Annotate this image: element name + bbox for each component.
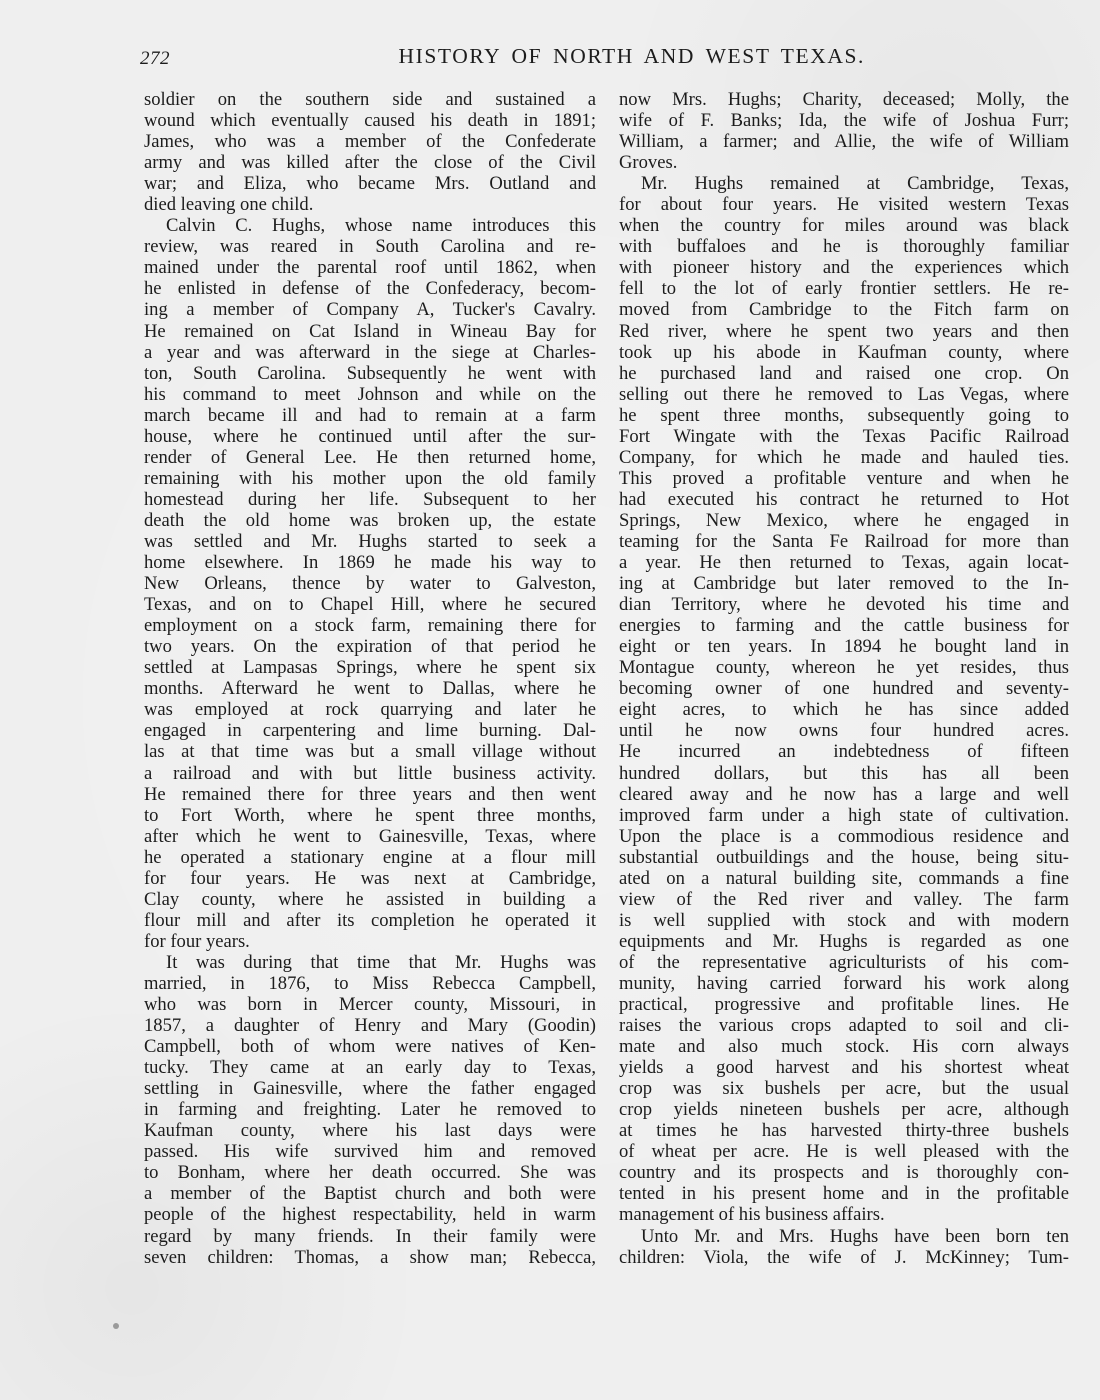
text-line: fell to the lot of early frontier settle…	[619, 278, 1069, 299]
text-line: children: Viola, the wife of J. McKinney…	[619, 1247, 1069, 1268]
text-line: army and was killed after the close of t…	[144, 152, 596, 173]
text-line: ing at Cambridge but later removed to th…	[619, 573, 1069, 594]
text-line: Montague county, whereon he yet resides,…	[619, 657, 1069, 678]
text-line: He remained on Cat Island in Wineau Bay …	[144, 321, 596, 342]
text-line: Fort Wingate with the Texas Pacific Rail…	[619, 426, 1069, 447]
text-line: He remained there for three years and th…	[144, 784, 596, 805]
text-line: a member of the Baptist church and both …	[144, 1183, 596, 1204]
running-head: 272 HISTORY OF NORTH AND WEST TEXAS.	[140, 44, 865, 74]
text-line: cleared away and he now has a large and …	[619, 784, 1069, 805]
text-line: months. Afterward he went to Dallas, whe…	[144, 678, 596, 699]
text-line: raises the various crops adapted to soil…	[619, 1015, 1069, 1036]
text-line: mate and also much stock. His corn alway…	[619, 1036, 1069, 1057]
text-line: improved farm under a high state of cult…	[619, 805, 1069, 826]
text-line: substantial outbuildings and the house, …	[619, 847, 1069, 868]
text-line: wife of F. Banks; Ida, the wife of Joshu…	[619, 110, 1069, 131]
text-line: he enlisted in defense of the Confederac…	[144, 278, 596, 299]
page-number: 272	[140, 48, 170, 70]
text-line: homestead during her life. Subsequent to…	[144, 489, 596, 510]
paragraph: soldier on the southern side and sustain…	[144, 89, 596, 215]
text-line: he spent three months, subsequently goin…	[619, 405, 1069, 426]
text-line: to Bonham, where her death occurred. She…	[144, 1162, 596, 1183]
text-line: ated on a natural building site, command…	[619, 868, 1069, 889]
text-line: now Mrs. Hughs; Charity, deceased; Molly…	[619, 89, 1069, 110]
text-line: a year and was afterward in the siege at…	[144, 342, 596, 363]
text-line: for about four years. He visited western…	[619, 194, 1069, 215]
text-line: It was during that time that Mr. Hughs w…	[144, 952, 596, 973]
left-column: soldier on the southern side and sustain…	[144, 89, 596, 1268]
text-line: energies to farming and the cattle busin…	[619, 615, 1069, 636]
text-line: of the representative agriculturists of …	[619, 952, 1069, 973]
text-line: his command to meet Johnson and while on…	[144, 384, 596, 405]
text-line: passed. His wife survived him and remove…	[144, 1141, 596, 1162]
text-line: married, in 1876, to Miss Rebecca Campbe…	[144, 973, 596, 994]
text-line: is well supplied with stock and with mod…	[619, 910, 1069, 931]
text-line: people of the highest respectability, he…	[144, 1204, 596, 1225]
text-line: render of General Lee. He then returned …	[144, 447, 596, 468]
text-line: review, was reared in South Carolina and…	[144, 236, 596, 257]
paragraph: It was during that time that Mr. Hughs w…	[144, 952, 596, 1268]
text-line: engaged in carpentering and lime burning…	[144, 720, 596, 741]
text-line: after which he went to Gainesville, Texa…	[144, 826, 596, 847]
text-line: was employed at rock quarrying and later…	[144, 699, 596, 720]
text-line: he purchased land and raised one crop. O…	[619, 363, 1069, 384]
text-line: flour mill and after its completion he o…	[144, 910, 596, 931]
text-line: tented in his present home and in the pr…	[619, 1183, 1069, 1204]
paragraph: Calvin C. Hughs, whose name introduces t…	[144, 215, 596, 952]
text-line: regard by many friends. In their family …	[144, 1226, 596, 1247]
text-line: wound which eventually caused his death …	[144, 110, 596, 131]
text-line: country and its prospects and is thoroug…	[619, 1162, 1069, 1183]
text-line: ing a member of Company A, Tucker's Cava…	[144, 299, 596, 320]
text-line: at times he has harvested thirty-three b…	[619, 1120, 1069, 1141]
text-line: ton, South Carolina. Subsequently he wen…	[144, 363, 596, 384]
text-line: a year. He then returned to Texas, again…	[619, 552, 1069, 573]
right-column: now Mrs. Hughs; Charity, deceased; Molly…	[619, 89, 1069, 1268]
text-line: crop was six bushels per acre, but the u…	[619, 1078, 1069, 1099]
text-line: This proved a profitable venture and whe…	[619, 468, 1069, 489]
text-line: practical, progressive and profitable li…	[619, 994, 1069, 1015]
text-line: dian Territory, where he devoted his tim…	[619, 594, 1069, 615]
text-line: Red river, where he spent two years and …	[619, 321, 1069, 342]
text-line: yields a good harvest and his shortest w…	[619, 1057, 1069, 1078]
text-line: management of his business affairs.	[619, 1204, 1069, 1225]
text-line: selling out there he removed to Las Vega…	[619, 384, 1069, 405]
text-line: had executed his contract he returned to…	[619, 489, 1069, 510]
text-line: tucky. They came at an early day to Texa…	[144, 1057, 596, 1078]
paragraph: Unto Mr. and Mrs. Hughs have been born t…	[619, 1226, 1069, 1268]
text-line: remaining with his mother upon the old f…	[144, 468, 596, 489]
text-line: death the old home was broken up, the es…	[144, 510, 596, 531]
text-line: house, where he continued until after th…	[144, 426, 596, 447]
text-line: Unto Mr. and Mrs. Hughs have been born t…	[619, 1226, 1069, 1247]
running-title: HISTORY OF NORTH AND WEST TEXAS.	[398, 44, 865, 69]
text-line: eight or ten years. In 1894 he bought la…	[619, 636, 1069, 657]
text-line: Springs, New Mexico, where he engaged in	[619, 510, 1069, 531]
text-line: was settled and Mr. Hughs started to see…	[144, 531, 596, 552]
text-line: died leaving one child.	[144, 194, 596, 215]
text-line: Clay county, where he assisted in buildi…	[144, 889, 596, 910]
text-line: eight acres, to which he has since added	[619, 699, 1069, 720]
text-line: Mr. Hughs remained at Cambridge, Texas,	[619, 173, 1069, 194]
text-line: soldier on the southern side and sustain…	[144, 89, 596, 110]
text-line: Calvin C. Hughs, whose name introduces t…	[144, 215, 596, 236]
text-line: William, a farmer; and Allie, the wife o…	[619, 131, 1069, 152]
text-line: Groves.	[619, 152, 1069, 173]
text-line: Texas, and on to Chapel Hill, where he s…	[144, 594, 596, 615]
paragraph: now Mrs. Hughs; Charity, deceased; Molly…	[619, 89, 1069, 173]
text-line: war; and Eliza, who became Mrs. Outland …	[144, 173, 596, 194]
text-line: Campbell, both of whom were natives of K…	[144, 1036, 596, 1057]
text-line: with pioneer history and the experiences…	[619, 257, 1069, 278]
text-line: took up his abode in Kaufman county, whe…	[619, 342, 1069, 363]
text-line: for four years. He was next at Cambridge…	[144, 868, 596, 889]
text-line: of wheat per acre. He is well pleased wi…	[619, 1141, 1069, 1162]
text-line: munity, having carried forward his work …	[619, 973, 1069, 994]
text-line: with buffaloes and he is thoroughly fami…	[619, 236, 1069, 257]
text-line: New Orleans, thence by water to Galvesto…	[144, 573, 596, 594]
text-line: he operated a stationary engine at a flo…	[144, 847, 596, 868]
text-line: hundred dollars, but this has all been	[619, 763, 1069, 784]
text-line: to Fort Worth, where he spent three mont…	[144, 805, 596, 826]
text-line: teaming for the Santa Fe Railroad for mo…	[619, 531, 1069, 552]
text-line: settling in Gainesville, where the fathe…	[144, 1078, 596, 1099]
text-line: equipments and Mr. Hughs is regarded as …	[619, 931, 1069, 952]
text-line: two years. On the expiration of that per…	[144, 636, 596, 657]
text-line: crop yields nineteen bushels per acre, a…	[619, 1099, 1069, 1120]
text-line: becoming owner of one hundred and sevent…	[619, 678, 1069, 699]
text-line: march became ill and had to remain at a …	[144, 405, 596, 426]
text-line: He incurred an indebtedness of fifteen	[619, 741, 1069, 762]
text-line: in farming and freighting. Later he remo…	[144, 1099, 596, 1120]
text-line: who was born in Mercer county, Missouri,…	[144, 994, 596, 1015]
text-line: settled at Lampasas Springs, where he sp…	[144, 657, 596, 678]
text-line: seven children: Thomas, a show man; Rebe…	[144, 1247, 596, 1268]
text-line: James, who was a member of the Confedera…	[144, 131, 596, 152]
text-line: when the country for miles around was bl…	[619, 215, 1069, 236]
text-line: 1857, a daughter of Henry and Mary (Good…	[144, 1015, 596, 1036]
text-line: until he now owns four hundred acres.	[619, 720, 1069, 741]
text-line: employment on a stock farm, remaining th…	[144, 615, 596, 636]
text-line: home elsewhere. In 1869 he made his way …	[144, 552, 596, 573]
text-line: Company, for which he made and hauled ti…	[619, 447, 1069, 468]
text-line: las at that time was but a small village…	[144, 741, 596, 762]
text-line: mained under the parental roof until 186…	[144, 257, 596, 278]
text-line: a railroad and with but little business …	[144, 763, 596, 784]
text-line: for four years.	[144, 931, 596, 952]
text-line: moved from Cambridge to the Fitch farm o…	[619, 299, 1069, 320]
text-line: view of the Red river and valley. The fa…	[619, 889, 1069, 910]
paper-speck	[113, 1323, 119, 1329]
text-line: Upon the place is a commodious residence…	[619, 826, 1069, 847]
text-line: Kaufman county, where his last days were	[144, 1120, 596, 1141]
paragraph: Mr. Hughs remained at Cambridge, Texas,f…	[619, 173, 1069, 1225]
